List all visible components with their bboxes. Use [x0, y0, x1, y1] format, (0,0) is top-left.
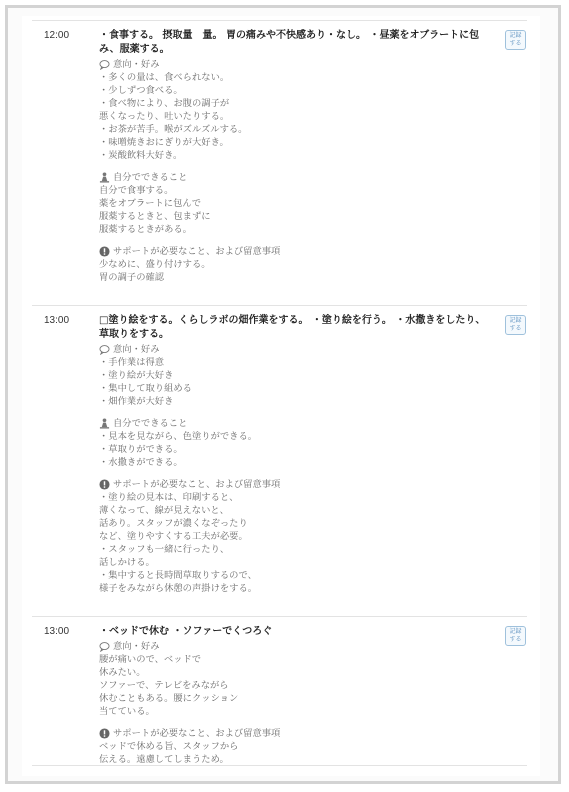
entry-time: 13:00	[44, 315, 69, 326]
support-section: サポートが必要なこと、および留意事項 ベッドで休める旨、スタッフから 伝える。遠…	[99, 727, 489, 766]
preference-section: 意向・好み ・手作業は得意 ・塗り絵が大好き ・集中して取り組める ・畑作業が大…	[99, 343, 489, 408]
text-line: 服薬するときと、包まずに	[99, 210, 489, 223]
text-line: 薄くなって、線が見えないと、	[99, 504, 489, 517]
text-line: ・手作業は得意	[99, 356, 489, 369]
person-icon	[99, 418, 110, 429]
entry-title: ・食事する。 摂取量 量。 胃の痛みや不快感あり・なし。 ・昼薬をオブラートに包…	[99, 29, 489, 57]
speech-bubble-icon	[99, 344, 110, 355]
text-line: 薬をオブラートに包んで	[99, 197, 489, 210]
text-line: ・塗り絵が大好き	[99, 369, 489, 382]
entry-content: □塗り絵をする。くらしラボの畑作業をする。 ・塗り絵を行う。 ・水撒きをしたり、…	[99, 314, 489, 595]
schedule-entry: 13:00 □塗り絵をする。くらしラボの畑作業をする。 ・塗り絵を行う。 ・水撒…	[32, 305, 527, 605]
can-do-section: 自分でできること 自分で食事する。 薬をオブラートに包んで 服薬するときと、包ま…	[99, 171, 489, 236]
section-label: サポートが必要なこと、および留意事項	[113, 478, 280, 491]
schedule-entry: 12:00 ・食事する。 摂取量 量。 胃の痛みや不快感あり・なし。 ・昼薬をオ…	[32, 20, 527, 300]
record-button[interactable]: 記録 する	[505, 626, 526, 646]
text-line: ・お茶が苦手。喉がズルズルする。	[99, 123, 489, 136]
text-line: ・草取りができる。	[99, 443, 489, 456]
section-label: 意向・好み	[113, 58, 160, 71]
entry-title: □塗り絵をする。くらしラボの畑作業をする。 ・塗り絵を行う。 ・水撒きをしたり、…	[99, 314, 489, 342]
text-line: ・水撒きができる。	[99, 456, 489, 469]
record-button[interactable]: 記録 する	[505, 30, 526, 50]
section-label: サポートが必要なこと、および留意事項	[113, 245, 280, 258]
record-button[interactable]: 記録 する	[505, 315, 526, 335]
text-line: ・炭酸飲料大好き。	[99, 149, 489, 162]
section-label: 自分でできること	[113, 417, 187, 430]
text-line: ・多くの量は、食べられない。	[99, 71, 489, 84]
exclamation-circle-icon	[99, 479, 110, 490]
text-line: ・集中して取り組める	[99, 382, 489, 395]
section-label: 意向・好み	[113, 640, 160, 653]
schedule-card: 12:00 ・食事する。 摂取量 量。 胃の痛みや不快感あり・なし。 ・昼薬をオ…	[22, 16, 540, 776]
entry-time: 12:00	[44, 30, 69, 41]
text-line: 悪くなったり、吐いたりする。	[99, 110, 489, 123]
text-line: ・少しずつ食べる。	[99, 84, 489, 97]
text-line: ・畑作業が大好き	[99, 395, 489, 408]
text-line: 話あり。スタッフが濃くなぞったり	[99, 517, 489, 530]
window-frame: 12:00 ・食事する。 摂取量 量。 胃の痛みや不快感あり・なし。 ・昼薬をオ…	[5, 5, 561, 784]
schedule-entry: 13:00 ・ベッドで休む ・ソファーでくつろぐ 意向・好み 腰が痛いので、ベッ…	[32, 616, 527, 766]
text-line: 自分で食事する。	[99, 184, 489, 197]
entry-title: ・ベッドで休む ・ソファーでくつろぐ	[99, 625, 489, 639]
entry-content: ・食事する。 摂取量 量。 胃の痛みや不快感あり・なし。 ・昼薬をオブラートに包…	[99, 29, 489, 284]
divider	[32, 765, 527, 766]
text-line: 様子をみながら休憩の声掛けをする。	[99, 582, 489, 595]
text-line: など、塗りやすくする工夫が必要。	[99, 530, 489, 543]
text-line: ベッドで休める旨、スタッフから	[99, 740, 489, 753]
text-line: 胃の調子の確認	[99, 271, 489, 284]
text-line: ・塗り絵の見本は、印刷すると、	[99, 491, 489, 504]
text-line: ・食べ物により、お腹の調子が	[99, 97, 489, 110]
preference-section: 意向・好み ・多くの量は、食べられない。 ・少しずつ食べる。 ・食べ物により、お…	[99, 58, 489, 162]
text-line: ・集中すると長時間草取りするので、	[99, 569, 489, 582]
section-label: 意向・好み	[113, 343, 160, 356]
text-line: 休むこともある。腰にクッション	[99, 692, 489, 705]
exclamation-circle-icon	[99, 246, 110, 257]
text-line: 服薬するときがある。	[99, 223, 489, 236]
text-line: 当てている。	[99, 705, 489, 718]
person-icon	[99, 172, 110, 183]
text-line: 少なめに、盛り付けする。	[99, 258, 489, 271]
preference-section: 意向・好み 腰が痛いので、ベッドで 休みたい。 ソファーで、テレビをみながら 休…	[99, 640, 489, 718]
can-do-section: 自分でできること ・見本を見ながら、色塗りができる。 ・草取りができる。 ・水撒…	[99, 417, 489, 469]
text-line: 休みたい。	[99, 666, 489, 679]
text-line: ソファーで、テレビをみながら	[99, 679, 489, 692]
section-label: サポートが必要なこと、および留意事項	[113, 727, 280, 740]
text-line: 腰が痛いので、ベッドで	[99, 653, 489, 666]
entry-content: ・ベッドで休む ・ソファーでくつろぐ 意向・好み 腰が痛いので、ベッドで 休みた…	[99, 625, 489, 766]
text-line: 話しかける。	[99, 556, 489, 569]
support-section: サポートが必要なこと、および留意事項 ・塗り絵の見本は、印刷すると、 薄くなって…	[99, 478, 489, 595]
entry-time: 13:00	[44, 626, 69, 637]
support-section: サポートが必要なこと、および留意事項 少なめに、盛り付けする。 胃の調子の確認	[99, 245, 489, 284]
speech-bubble-icon	[99, 641, 110, 652]
exclamation-circle-icon	[99, 728, 110, 739]
text-line: ・見本を見ながら、色塗りができる。	[99, 430, 489, 443]
text-line: ・味噌焼きおにぎりが大好き。	[99, 136, 489, 149]
speech-bubble-icon	[99, 59, 110, 70]
section-label: 自分でできること	[113, 171, 187, 184]
text-line: ・スタッフも一緒に行ったり、	[99, 543, 489, 556]
